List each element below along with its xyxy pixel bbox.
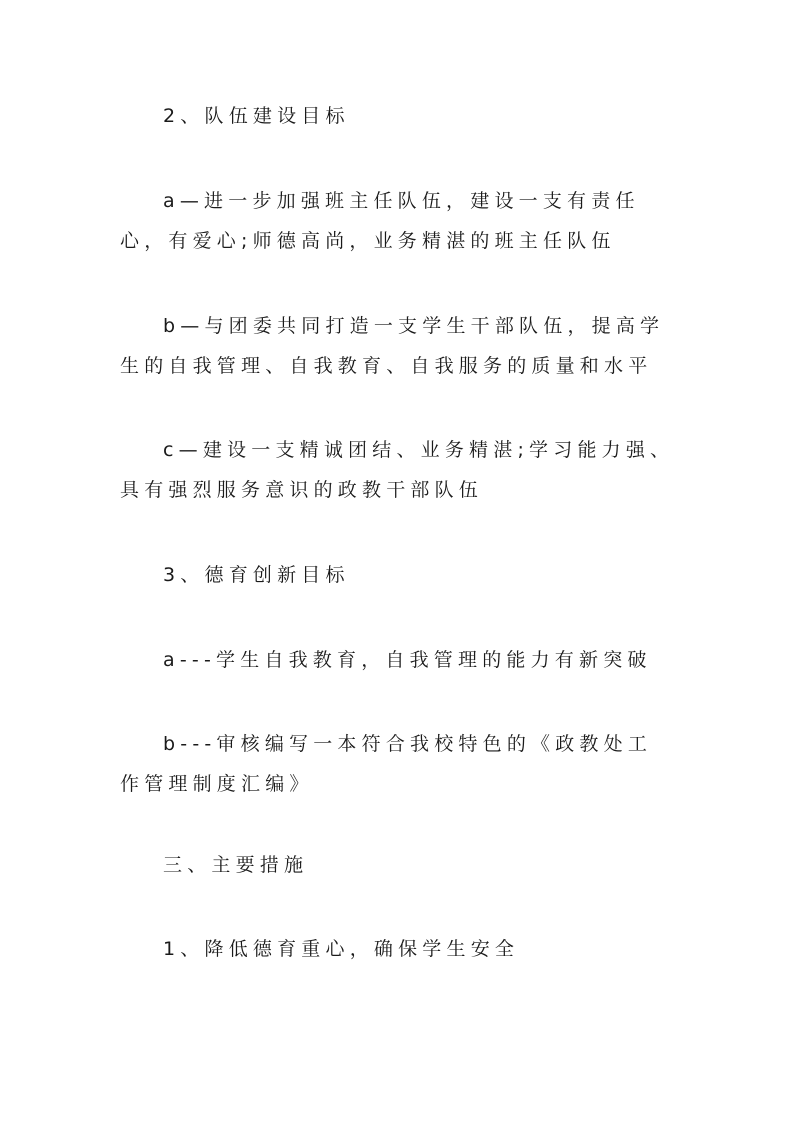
subheading-moral-innovation-goals: 3、德育创新目标 <box>120 555 676 595</box>
goal-item-b-student-cadres: b—与团委共同打造一支学生干部队伍，提高学生的自我管理、自我教育、自我服务的质量… <box>120 306 676 386</box>
subheading-team-building-goals: 2、队伍建设目标 <box>120 96 676 136</box>
goal-item-c-political-staff: c—建设一支精诚团结、业务精湛;学习能力强、具有强烈服务意识的政教干部队伍 <box>120 430 676 510</box>
section-heading-main-measures: 三、主要措施 <box>120 845 676 885</box>
measure-item-1-student-safety: 1、降低德育重心，确保学生安全 <box>120 929 676 969</box>
innovation-item-a-self-education: a---学生自我教育，自我管理的能力有新突破 <box>120 640 676 680</box>
goal-item-a-head-teachers: a—进一步加强班主任队伍，建设一支有责任心，有爱心;师德高尚，业务精湛的班主任队… <box>120 181 676 261</box>
innovation-item-b-regulations-compilation: b---审核编写一本符合我校特色的《政教处工作管理制度汇编》 <box>120 724 676 804</box>
